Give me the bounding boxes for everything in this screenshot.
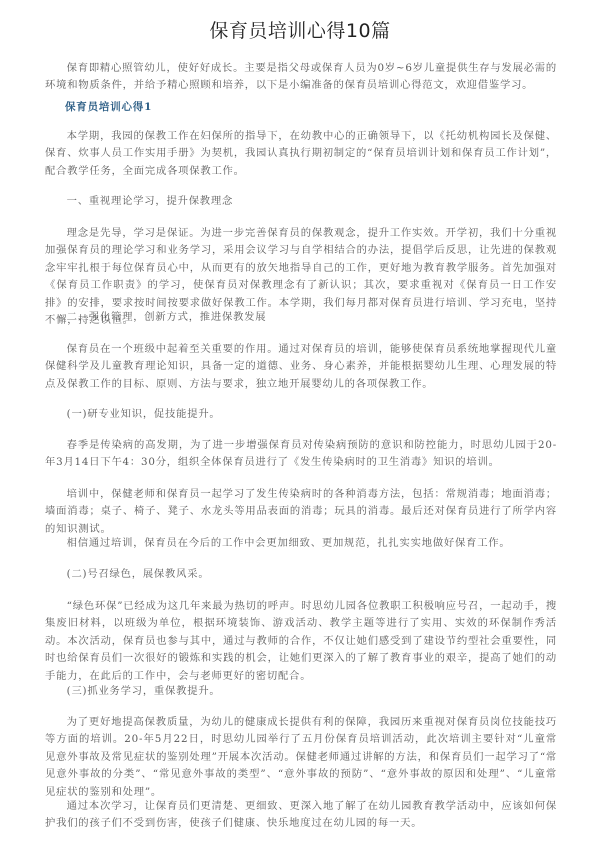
paragraph-3: 保育员在一个班级中起着至关重要的作用。通过对保育员的培训，能够使保育员系统地掌握… [45,341,557,393]
paragraph-9: 通过本次学习，让保育员们更清楚、更细致、更深入地了解了在幼儿园教育教学活动中，应… [45,798,557,833]
document-title: 保育员培训心得10篇 [0,16,600,43]
heading-2: 二、强化管理，创新方式，推进保教发展 [45,309,557,326]
heading-1: 一、重视理论学习，提升保教理念 [45,193,557,210]
section-heading: 保育员培训心得1 [65,99,152,114]
intro-paragraph: 保育即精心照管幼儿，使好好成长。主要是指父母或保育人员为0岁~6岁儿童提供生存与… [45,60,557,95]
paragraph-4: 春季是传染病的高发期，为了进一步增强保育员对传染病预防的意识和防控能力，时思幼儿… [45,437,557,472]
subheading-3: (三)抓业务学习，重保教提升。 [45,683,557,700]
paragraph-5: 培训中，保健老师和保育员一起学习了发生传染病时的各种消毒方法，包括：常规消毒；地… [45,486,557,538]
paragraph-8: 为了更好地提高保教质量，为幼儿的健康成长提供有利的保障，我园历来重视对保育员岗位… [45,714,557,801]
paragraph-6: 相信通过培训，保育员在今后的工作中会更加细致、更加规范，扎扎实实地做好保育工作。 [45,535,557,552]
subheading-2: (二)号召绿色，展保教风采。 [45,566,557,583]
paragraph-1: 本学期，我园的保教工作在妇保所的指导下，在幼教中心的正确领导下，以《托幼机构园长… [45,128,557,180]
subheading-1: (一)研专业知识，促技能提升。 [45,406,557,423]
document-page: 保育员培训心得10篇 保育即精心照管幼儿，使好好成长。主要是指父母或保育人员为0… [0,0,600,849]
paragraph-7: “绿色环保”已经成为这几年来最为热切的呼声。时思幼儿园各位教职工积极响应号召，一… [45,598,557,685]
